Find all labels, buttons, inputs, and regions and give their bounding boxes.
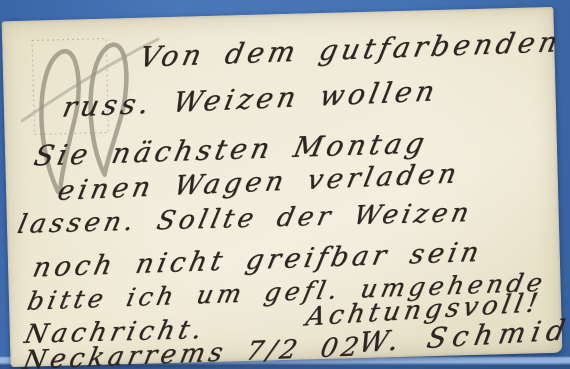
handwriting-line-1: Von dem gutfarbenden bbox=[137, 28, 564, 72]
handwriting-line-2: russ. Weizen wollen bbox=[60, 77, 441, 121]
postcard-photo: Von dem gutfarbenden russ. Weizen wollen… bbox=[0, 0, 570, 369]
postcard: Von dem gutfarbenden russ. Weizen wollen… bbox=[2, 7, 563, 367]
